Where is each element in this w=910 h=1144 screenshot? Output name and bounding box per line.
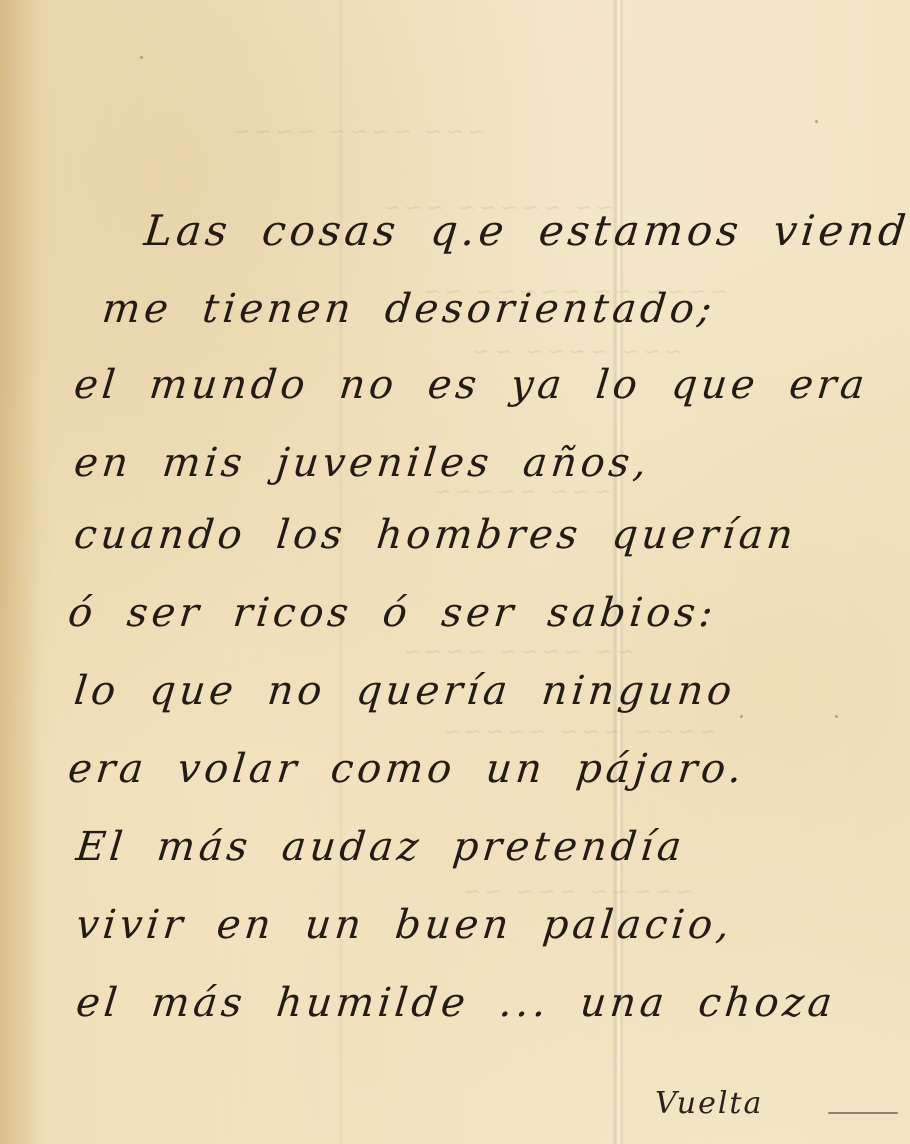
letter-line-4: en mis juveniles años, <box>72 440 653 486</box>
turn-over-note: Vuelta <box>655 1086 763 1121</box>
letter-line-8: era volar como un pájaro. <box>66 746 748 792</box>
letter-line-7: lo que no quería ninguno <box>72 668 738 714</box>
handwritten-text: Las cosas q.e estamos viendo me tienen d… <box>0 0 910 1144</box>
letter-line-1: Las cosas q.e estamos viendo <box>142 206 910 255</box>
letter-line-2: me tienen desorientado; <box>100 286 718 332</box>
turn-over-dash <box>828 1112 898 1114</box>
letter-page: ~~~ ~~~~ ~~~~ ~~ ~~~~~ ~~~ ~~~~ ~~ ~~~~~… <box>0 0 910 1144</box>
letter-line-10: vivir en un buen palacio, <box>74 902 735 948</box>
letter-line-5: cuando los hombres querían <box>72 512 799 558</box>
letter-line-6: ó ser ricos ó ser sabios: <box>66 590 719 636</box>
letter-line-11: el más humilde ... una choza <box>74 980 838 1026</box>
letter-line-3: el mundo no es ya lo que era <box>72 362 870 408</box>
letter-line-9: El más audaz pretendía <box>74 824 688 870</box>
